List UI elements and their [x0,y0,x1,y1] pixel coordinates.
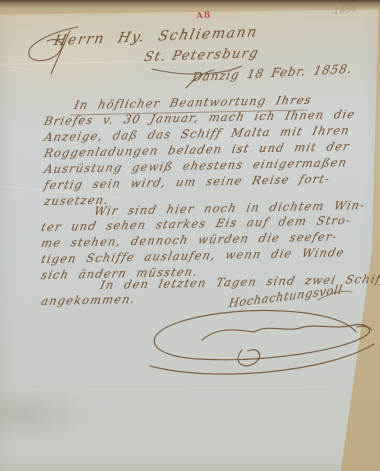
paper-crease [30,387,330,392]
letter-scan: 1854 A8 Herrn Hy. Schliemann St. Petersb… [0,0,380,471]
red-archival-code: A8 [196,10,212,21]
body-line: angekommen. [40,292,137,308]
